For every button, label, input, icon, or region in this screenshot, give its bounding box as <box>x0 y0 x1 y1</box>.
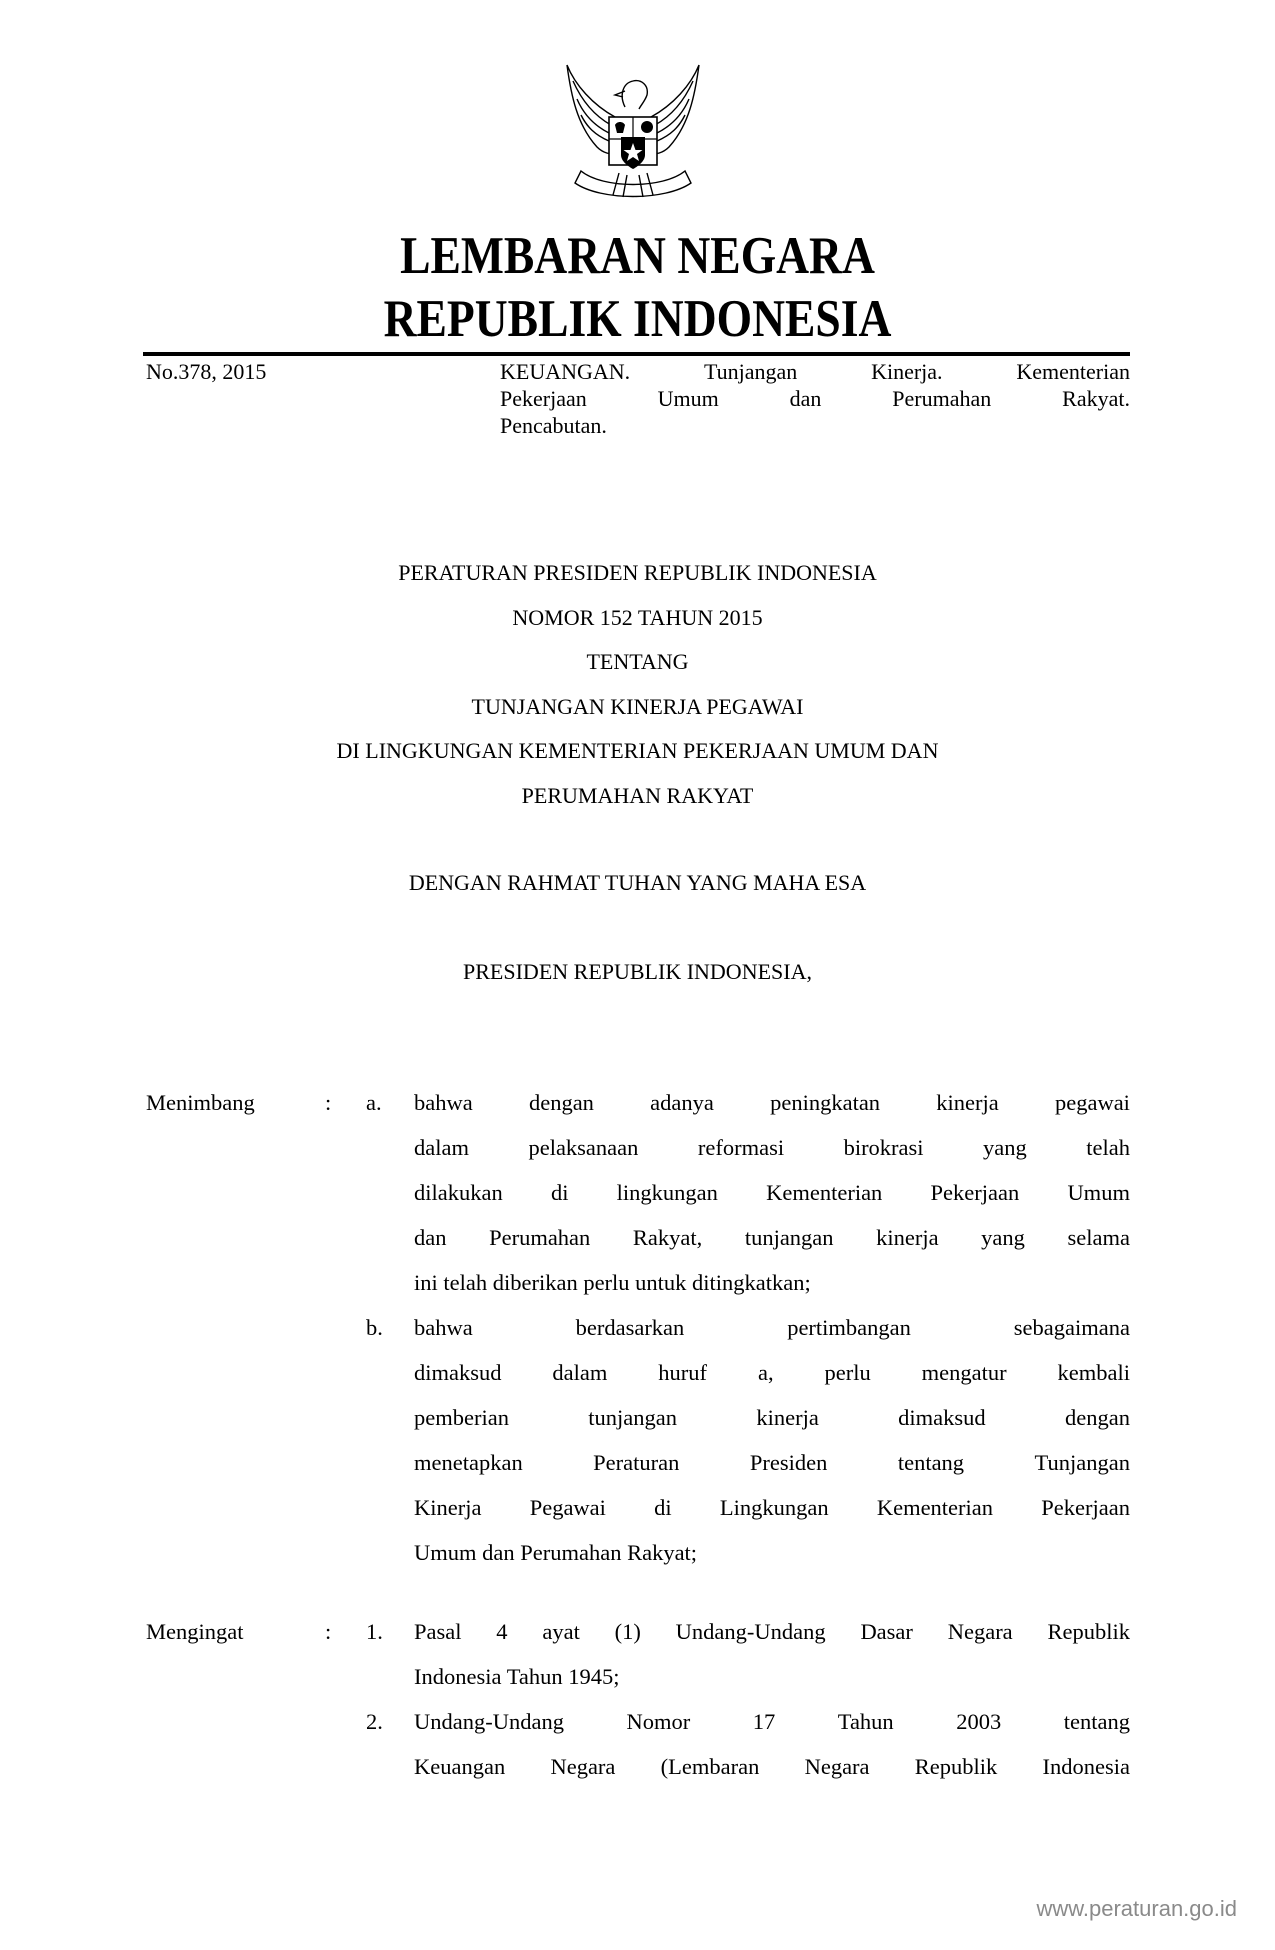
consideration-line: dimaksuddalamhurufa,perlumengaturkembali <box>414 1358 1130 1388</box>
regulation-subject-line: DI LINGKUNGAN KEMENTERIAN PEKERJAAN UMUM… <box>0 737 1275 765</box>
consideration-line: dalampelaksanaanreformasibirokrasiyangte… <box>414 1133 1130 1163</box>
masthead-title-line2: REPUBLIK INDONESIA <box>89 289 1186 349</box>
garuda-pancasila-emblem-icon <box>553 55 713 215</box>
regulation-subject-line: PERUMAHAN RAKYAT <box>0 782 1275 810</box>
consideration-line: pemberiantunjangankinerjadimaksuddengan <box>414 1403 1130 1433</box>
consideration-line: ini telah diberikan perlu untuk ditingka… <box>414 1268 1130 1298</box>
mengingat-label: Mengingat <box>146 1617 243 1647</box>
item-marker: 1. <box>366 1617 412 1647</box>
subject-line: PekerjaanUmumdanPerumahanRakyat. <box>500 385 1130 412</box>
masthead-divider <box>143 352 1130 356</box>
subject-line: KEUANGAN.TunjanganKinerja.Kementerian <box>500 358 1130 385</box>
consideration-line: dilakukandilingkunganKementerianPekerjaa… <box>414 1178 1130 1208</box>
legal-basis-line: Undang-UndangNomor17Tahun2003tentang <box>414 1707 1130 1737</box>
invocation: DENGAN RAHMAT TUHAN YANG MAHA ESA <box>0 869 1275 897</box>
consideration-line: bahwaberdasarkanpertimbangansebagaimana <box>414 1313 1130 1343</box>
regulation-title: PERATURAN PRESIDEN REPUBLIK INDONESIA <box>0 559 1275 587</box>
document-number: No.378, 2015 <box>146 358 266 385</box>
consideration-line: menetapkanPeraturanPresidententangTunjan… <box>414 1448 1130 1478</box>
regulation-about: TENTANG <box>0 648 1275 676</box>
consideration-line: danPerumahanRakyat,tunjangankinerjayangs… <box>414 1223 1130 1253</box>
regulation-subject-line: TUNJANGAN KINERJA PEGAWAI <box>0 693 1275 721</box>
menimbang-label: Menimbang <box>146 1088 255 1118</box>
consideration-line: KinerjaPegawaidiLingkunganKementerianPek… <box>414 1493 1130 1523</box>
legal-basis-line: Indonesia Tahun 1945; <box>414 1662 1130 1692</box>
item-marker: a. <box>366 1088 412 1118</box>
document-subject: KEUANGAN.TunjanganKinerja.Kementerian Pe… <box>500 358 1130 439</box>
consideration-line: Umum dan Perumahan Rakyat; <box>414 1538 1130 1568</box>
legal-basis-line: KeuanganNegara(LembaranNegaraRepublikInd… <box>414 1752 1130 1782</box>
mengingat-colon: : <box>325 1617 331 1647</box>
consideration-line: bahwadenganadanyapeningkatankinerjapegaw… <box>414 1088 1130 1118</box>
website-watermark: www.peraturan.go.id <box>1036 1896 1237 1922</box>
issuer: PRESIDEN REPUBLIK INDONESIA, <box>0 958 1275 986</box>
legal-basis-line: Pasal4ayat(1)Undang-UndangDasarNegaraRep… <box>414 1617 1130 1647</box>
regulation-number: NOMOR 152 TAHUN 2015 <box>0 604 1275 632</box>
item-marker: b. <box>366 1313 412 1343</box>
menimbang-colon: : <box>325 1088 331 1118</box>
item-marker: 2. <box>366 1707 412 1737</box>
subject-line: Pencabutan. <box>500 412 1130 439</box>
masthead-title-line1: LEMBARAN NEGARA <box>89 226 1186 286</box>
